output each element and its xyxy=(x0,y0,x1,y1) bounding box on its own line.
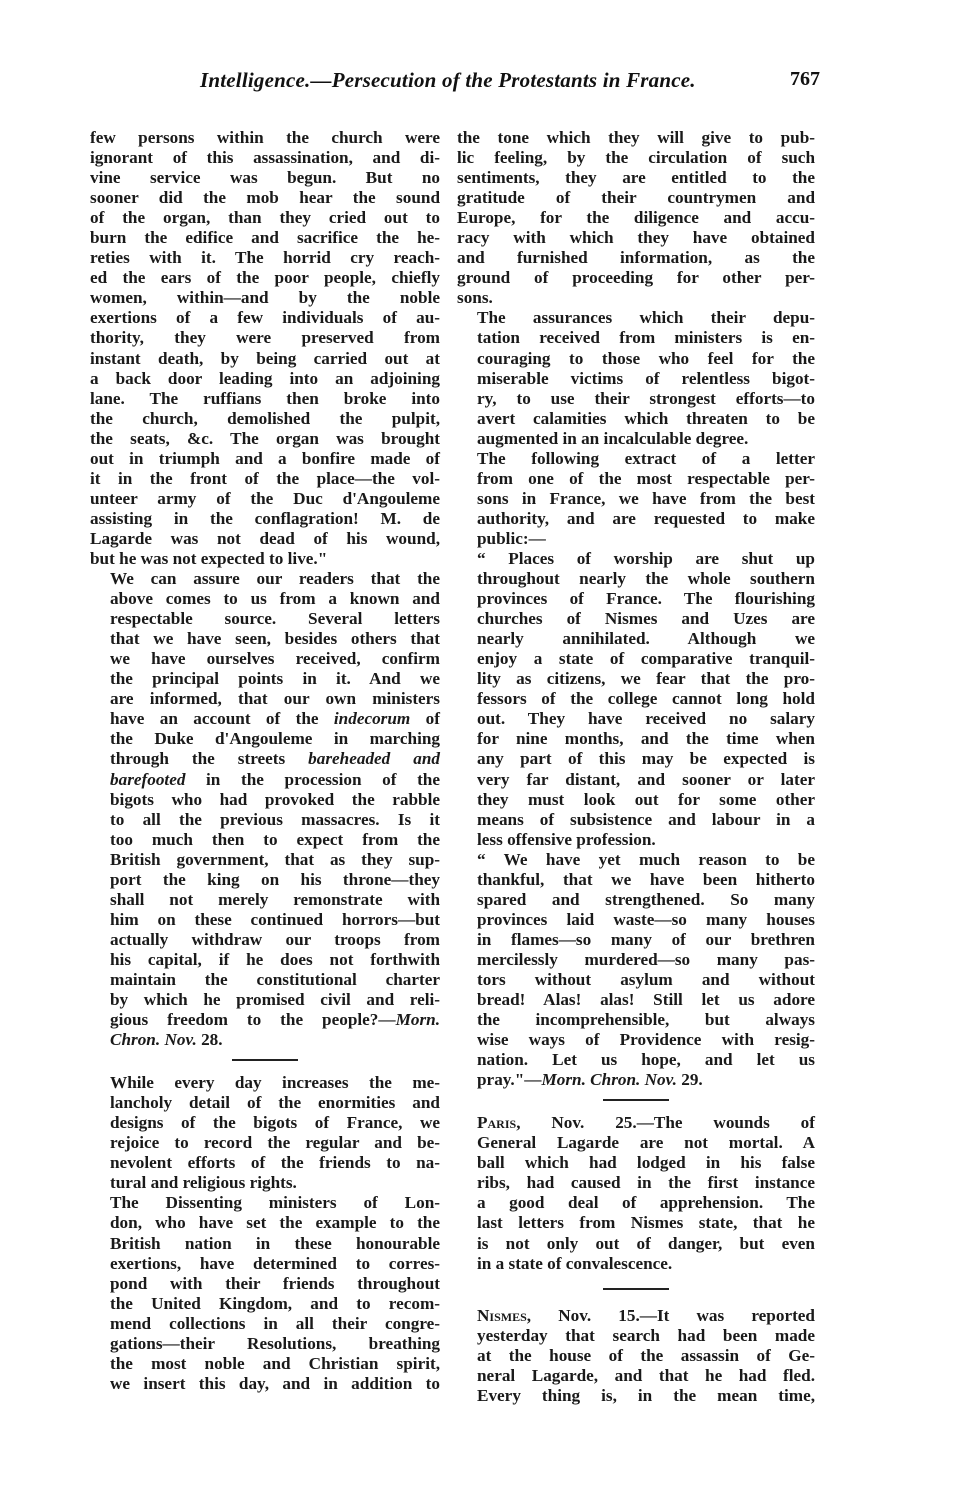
text-line: General Lagarde are not mortal. A xyxy=(457,1133,815,1153)
text-line: port the king on his throne—they xyxy=(90,870,440,890)
text-line: British nation in these honourable xyxy=(90,1234,440,1254)
text-line: mend collections in all their congre- xyxy=(90,1314,440,1334)
citation-source: Chron. Nov. xyxy=(110,1030,197,1049)
dateline-paris: Paris xyxy=(477,1113,516,1132)
citation-source: Morn. xyxy=(396,1010,440,1029)
text-line: they must look out for some other xyxy=(457,790,815,810)
text-line: above comes to us from a known and xyxy=(90,589,440,609)
text-line: gratitude of their countrymen and xyxy=(457,188,815,208)
text-line: Europe, for the diligence and accu- xyxy=(457,208,815,228)
text-line: pond with their friends throughout xyxy=(90,1274,440,1294)
text-line: shall not merely remonstrate with xyxy=(90,890,440,910)
text-line: wise ways of Providence with resig- xyxy=(457,1030,815,1050)
text-line: The assurances which their depu- xyxy=(457,308,815,328)
text-line: tation received from ministers is en- xyxy=(457,328,815,348)
text-line: lane. The ruffians then broke into xyxy=(90,389,440,409)
text-line: it in the front of the place—the vol- xyxy=(90,469,440,489)
text-line: nearly annihilated. Although we xyxy=(457,629,815,649)
text-line: maintain the constitutional charter xyxy=(90,970,440,990)
text-line: While every day increases the me- xyxy=(90,1073,440,1093)
news-item-paris: Paris, Nov. 25.—The wounds of General La… xyxy=(457,1113,815,1273)
text-line: but he was not expected to live." xyxy=(90,549,440,569)
news-item-nismes: Nismes, Nov. 15.—It was reported yesterd… xyxy=(457,1306,815,1406)
text-line: assisting in the conflagration! M. de xyxy=(90,509,440,529)
paragraph-we-can-assure: We can assure our readers that theabove … xyxy=(90,569,440,1050)
text-line: rejoice to record the regular and be- xyxy=(90,1133,440,1153)
text-line: We can assure our readers that the xyxy=(90,569,440,589)
text-line: don, who have set the example to the xyxy=(90,1213,440,1233)
text-line: by which he promised civil and reli- xyxy=(90,990,440,1010)
text-line: we have ourselves received, confirm xyxy=(90,649,440,669)
quoted-letter-we-have-yet: “ We have yet much reason to bethankful,… xyxy=(457,850,815,1091)
text-line: the most noble and Christian spirit, xyxy=(90,1354,440,1374)
text-line: out in triumph and a bonfire made of xyxy=(90,449,440,469)
text-line: churches of Nismes and Uzes are xyxy=(457,609,815,629)
text-line: too much then to expect from the xyxy=(90,830,440,850)
text-line: designs of the bigots of France, we xyxy=(90,1113,440,1133)
text-line: lic feeling, by the circulation of such xyxy=(457,148,815,168)
text-line: unteer army of the Duc d'Angouleme xyxy=(90,489,440,509)
text-line: and furnished information, as the xyxy=(457,248,815,268)
italic-bareheaded: bareheaded and xyxy=(308,749,440,768)
text-line: miserable victims of relentless bigot- xyxy=(457,369,815,389)
running-header: Intelligence.—Persecution of the Protest… xyxy=(200,68,820,98)
text-line: vine service was begun. But no xyxy=(90,168,440,188)
quoted-letter-places-of-worship: “ Places of worship are shut upthroughou… xyxy=(457,549,815,850)
citation-source: Morn. Chron. Nov. xyxy=(541,1070,676,1089)
text-line: exertions, have determined to corres- xyxy=(90,1254,440,1274)
text-line: sons in France, we have from the best xyxy=(457,489,815,509)
text-line: we insert this day, and in addition to xyxy=(90,1374,440,1394)
text-line: out. They have received no salary xyxy=(457,709,815,729)
text-line: actually withdraw our troops from xyxy=(90,930,440,950)
text-line: to all the previous massacres. Is it xyxy=(90,810,440,830)
paragraph-dissenting-ministers: The Dissenting ministers of Lon-don, who… xyxy=(90,1193,440,1393)
text-line: couraging to those who feel for the xyxy=(457,349,815,369)
text-line: burn the edifice and sacrifice the he- xyxy=(90,228,440,248)
paragraph-assurances: The assurances which their depu-tation r… xyxy=(457,308,815,448)
text-line: tural and religious rights. xyxy=(90,1173,440,1193)
text-line: ball which had lodged in his false xyxy=(457,1153,815,1173)
text-line: women, within—and by the noble xyxy=(90,288,440,308)
section-divider xyxy=(603,1288,669,1290)
section-divider xyxy=(603,1099,669,1101)
text-line: the tone which they will give to pub- xyxy=(457,128,815,148)
text-line: “ We have yet much reason to be xyxy=(457,850,815,870)
text-line: lancholy detail of the enormities and xyxy=(90,1093,440,1113)
text-line: a good deal of apprehension. The xyxy=(457,1193,815,1213)
text-line: last letters from Nismes state, that he xyxy=(457,1213,815,1233)
text-line: provinces of France. The flourishing xyxy=(457,589,815,609)
text-line: Lagarde was not dead of his wound, xyxy=(90,529,440,549)
section-divider xyxy=(232,1059,298,1061)
text-line: ignorant of this assassination, and di- xyxy=(90,148,440,168)
text-line: authority, and are requested to make xyxy=(457,509,815,529)
text-line: any part of this may be expected is xyxy=(457,749,815,769)
text-line: ed the ears of the poor people, chiefly xyxy=(90,268,440,288)
text-line: “ Places of worship are shut up xyxy=(457,549,815,569)
text-line: augmented in an incalculable degree. xyxy=(457,429,815,449)
text-line: public:— xyxy=(457,529,815,549)
text-line: the church, demolished the pulpit, xyxy=(90,409,440,429)
text-line: neral Lagarde, and that he had fled. xyxy=(457,1366,815,1386)
text-line: at the house of the assassin of Ge- xyxy=(457,1346,815,1366)
text-line: instant death, by being carried out at xyxy=(90,349,440,369)
text-line: sooner did the mob hear the sound xyxy=(90,188,440,208)
text-line: that we have seen, besides others that xyxy=(90,629,440,649)
italic-indecorum: indecorum xyxy=(334,709,410,728)
text-line: sons. xyxy=(457,288,815,308)
text-line: his capital, if he does not forthwith xyxy=(90,950,440,970)
text-line: British government, that as they sup- xyxy=(90,850,440,870)
text-line: provinces laid waste—so many houses xyxy=(457,910,815,930)
text-line: racy with which they have obtained xyxy=(457,228,815,248)
text-line: avert calamities which threaten to be xyxy=(457,409,815,429)
text-line: the principal points in it. And we xyxy=(90,669,440,689)
paragraph-while-every-day: While every day increases the me-lanchol… xyxy=(90,1073,440,1193)
text-line: ribs, had caused in the first instance xyxy=(457,1173,815,1193)
text-line: tors without asylum and without xyxy=(457,970,815,990)
text-line: thority, they were preserved from xyxy=(90,328,440,348)
text-line: nation. Let us hope, and let us xyxy=(457,1050,815,1070)
text-line: the United Kingdom, and to recom- xyxy=(90,1294,440,1314)
text-line: sentiments, they are entitled to the xyxy=(457,168,815,188)
text-line: means of subsistence and labour in a xyxy=(457,810,815,830)
text-line: for nine months, and the time when xyxy=(457,729,815,749)
text-line: The Dissenting ministers of Lon- xyxy=(90,1193,440,1213)
paragraph-assassination-continued: few persons within the church wereignora… xyxy=(90,128,440,569)
text-line: reties with it. The horrid cry reach- xyxy=(90,248,440,268)
left-column: few persons within the church wereignora… xyxy=(90,128,440,1394)
italic-barefooted: barefooted xyxy=(110,770,185,789)
text-line: are informed, that our own ministers xyxy=(90,689,440,709)
text-line: in flames—so many of our brethren xyxy=(457,930,815,950)
text-line: nevolent efforts of the friends to na- xyxy=(90,1153,440,1173)
text-line: thankful, that we have been hitherto xyxy=(457,870,815,890)
text-line: less offensive profession. xyxy=(457,830,815,850)
text-line: few persons within the church were xyxy=(90,128,440,148)
text-line: very far distant, and sooner or later xyxy=(457,770,815,790)
dateline-nismes: Nismes xyxy=(477,1306,527,1325)
text-line: fessors of the college cannot long hold xyxy=(457,689,815,709)
text-line: bigots who had provoked the rabble xyxy=(90,790,440,810)
text-line: Every thing is, in the mean time, xyxy=(457,1386,815,1406)
text-line: enjoy a state of comparative tranquil- xyxy=(457,649,815,669)
paragraph-following-extract: The following extract of a letterfrom on… xyxy=(457,449,815,549)
text-line: in a state of convalescence. xyxy=(457,1254,815,1274)
text-line: throughout nearly the whole southern xyxy=(457,569,815,589)
text-line: exertions of a few individuals of au- xyxy=(90,308,440,328)
text-line: is not only out of danger, but even xyxy=(457,1234,815,1254)
text-line: The following extract of a letter xyxy=(457,449,815,469)
text-line: from one of the most respectable per- xyxy=(457,469,815,489)
text-line: bread! Alas! alas! Still let us adore xyxy=(457,990,815,1010)
paragraph-tone-continued: the tone which they will give to pub-lic… xyxy=(457,128,815,308)
text-line: ry, to use their strongest efforts—to xyxy=(457,389,815,409)
text-line: ground of proceeding for other per- xyxy=(457,268,815,288)
page-number: 767 xyxy=(790,68,820,91)
running-title: Intelligence.—Persecution of the Protest… xyxy=(200,68,696,93)
text-line: spared and strengthened. So many xyxy=(457,890,815,910)
text-line: the incomprehensible, but always xyxy=(457,1010,815,1030)
right-column: the tone which they will give to pub-lic… xyxy=(457,128,815,1406)
text-line: lity as citizens, we fear that the pro- xyxy=(457,669,815,689)
text-line: him on these continued horrors—but xyxy=(90,910,440,930)
text-line: mercilessly murdered—so many pas- xyxy=(457,950,815,970)
text-line: a back door leading into an adjoining xyxy=(90,369,440,389)
text-line: yesterday that search had been made xyxy=(457,1326,815,1346)
text-line: gations—their Resolutions, breathing xyxy=(90,1334,440,1354)
text-line: of the organ, than they cried out to xyxy=(90,208,440,228)
text-line: the seats, &c. The organ was brought xyxy=(90,429,440,449)
text-line: respectable source. Several letters xyxy=(90,609,440,629)
